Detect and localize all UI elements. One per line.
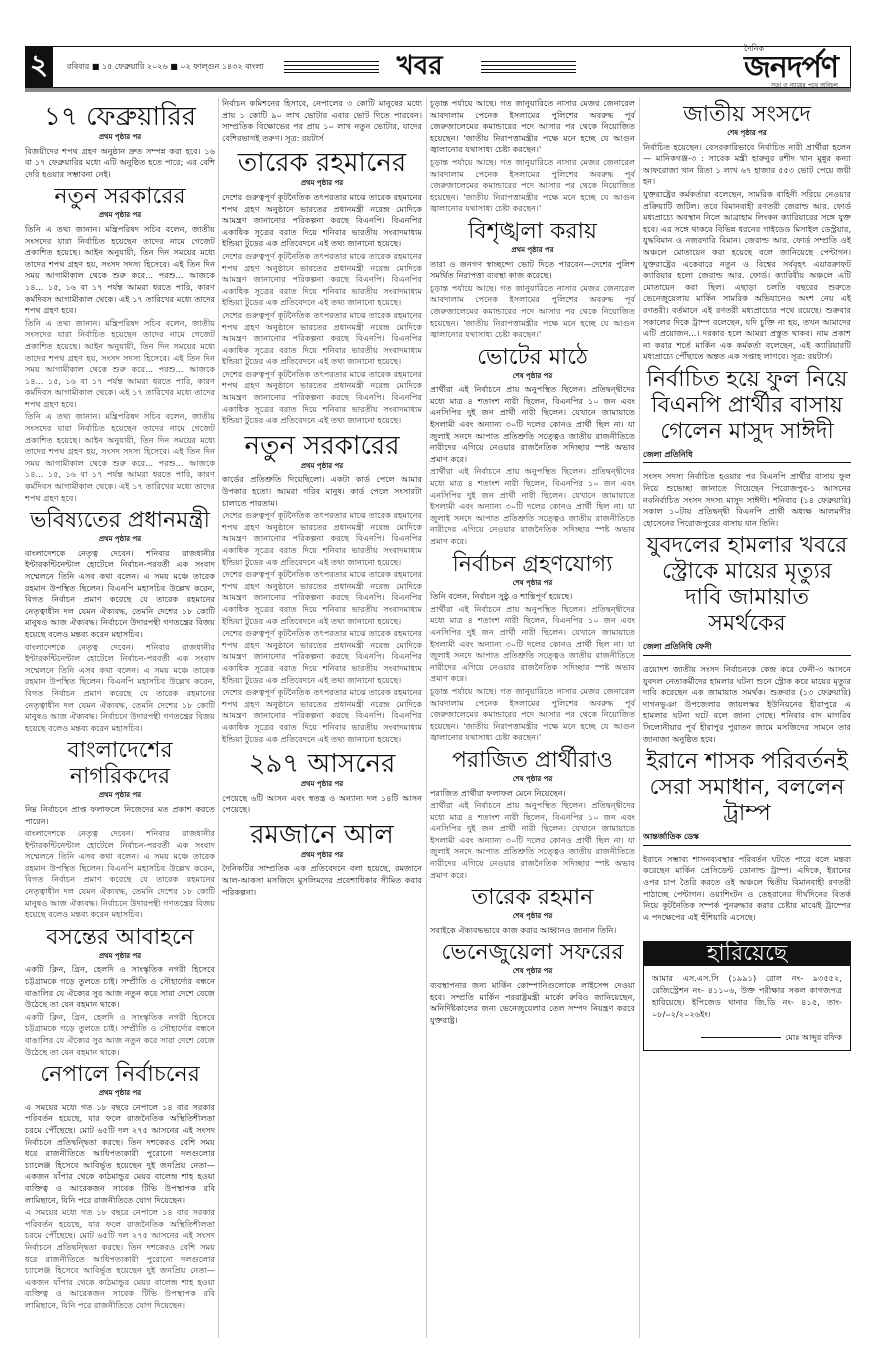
- article-text: পেয়েছে ৬টি আসন এবং স্বতন্ত্র ও অন্যান্য…: [222, 793, 422, 816]
- article-text: ত্রয়োদশ জাতীয় সংসদ নির্বাচনকে কেন্দ্র …: [643, 664, 851, 745]
- continued-label: প্রথম পৃষ্ঠার পর: [25, 951, 215, 963]
- newspaper-page: ২ রবিবার ■ ১৫ ফেব্রুয়ারি ২০২৬ ■ ০২ ফাল্…: [25, 46, 851, 1346]
- continued-label: প্রথম পৃষ্ঠার পর: [25, 790, 215, 802]
- article-text: ব্যবস্থাপনার জন্য মার্কিন কোম্পানিগুলোকে…: [430, 980, 635, 1026]
- article-text: এ সময়ের মধ্যে গত ১৮ বছরে নেপালে ১৪ বার …: [25, 1207, 215, 1311]
- article-text: প্রার্থীরা এই নির্বাচনে প্রায় অনুপস্থিত…: [430, 466, 635, 547]
- headline: তারেক রহমানের: [222, 148, 422, 178]
- article-text: একটি ক্লিন, গ্রিন, হেলদি ও সাংস্কৃতিক নগ…: [25, 964, 215, 1010]
- lost-notice-title: হারিয়েছে: [644, 942, 850, 966]
- article-text: চূড়ান্ত পর্যায়ে আছে। গত জানুয়ারিতে না…: [430, 686, 635, 744]
- headline: বিশৃঙ্খলা করায়: [430, 219, 635, 245]
- headline: যুবদলের হামলার খবরে স্ট্রোকে মায়ের মৃত্…: [643, 533, 851, 637]
- continued-label: প্রথম পৃষ্ঠার পর: [25, 1088, 215, 1100]
- headline: ২৯৭ আসনের: [222, 749, 422, 779]
- headline: নতুন সরকারের: [222, 431, 422, 461]
- continued-label: প্রথম পৃষ্ঠার পর: [222, 461, 422, 473]
- newspaper-logo: দৈনিক জনদর্পণ সত্য ও ন্যায়ের পথে অবিচল: [744, 45, 838, 89]
- article-text: নির্বাচিত হয়েছেন। বেসরকারিভাবে নির্বাচি…: [643, 142, 851, 188]
- continued-label: শেষ পৃষ্ঠার পর: [430, 578, 635, 590]
- headline: ১৭ ফেব্রুয়ারির: [25, 102, 215, 132]
- lost-notice-box: হারিয়েছে আমার এস.এস.সি (১৯৯১) রোল নং- ৯…: [643, 941, 851, 1050]
- column-divider: [639, 98, 640, 1338]
- article-text: তারা ও জনগণ স্বাচ্ছন্দ্যে ভোট দিতে পারবে…: [430, 259, 635, 282]
- continued-label: প্রথম পৃষ্ঠার পর: [25, 210, 215, 222]
- continued-label: প্রথম পৃষ্ঠার পর: [222, 850, 422, 862]
- continued-label: শেষ পৃষ্ঠার পর: [430, 371, 635, 383]
- continued-label: প্রথম পৃষ্ঠার পর: [222, 178, 422, 190]
- column-1: ১৭ ফেব্রুয়ারির প্রথম পৃষ্ঠার পর বিজয়ীদ…: [25, 98, 215, 1312]
- headline: নতুন সরকারের: [25, 184, 215, 210]
- headline: ভেনেজুয়েলা সফরের: [430, 940, 635, 966]
- decorative-rule-left: [284, 61, 379, 73]
- byline: জেলা প্রতিনিধি: [643, 449, 851, 464]
- article-text: সংসদ সদস্য নির্বাচিত হওয়ার পর বিএনপি প্…: [643, 471, 851, 529]
- headline: ইরানে শাসক পরিবর্তনই সেরা সমাধান, বললেন …: [643, 749, 851, 827]
- headline: তারেক রহমান: [430, 885, 635, 911]
- headline: বাংলাদেশের নাগরিকদের: [25, 738, 215, 790]
- headline: বসন্তের আবাহনে: [25, 925, 215, 951]
- headline: নির্বাচন গ্রহণযোগ্য: [430, 552, 635, 578]
- article-text: বাংলাদেশকে নেতৃত্ব দেবেন। শনিবার রাজধানী…: [25, 548, 215, 641]
- page-number: ২: [25, 46, 53, 88]
- column-4: জাতীয় সংসদে শেষ পৃষ্ঠার পর নির্বাচিত হয…: [643, 98, 851, 1051]
- continued-label: প্রথম পৃষ্ঠার পর: [222, 779, 422, 791]
- article-text: তিনি বলেন, নির্বাচন সুষ্ঠু ও শান্তিপূর্ণ…: [430, 591, 635, 603]
- article-text: পরাজিত প্রার্থীরা ফলাফল মেনে নিয়েছেন।: [430, 788, 635, 800]
- article-text: দেশের গুরুত্বপূর্ণ কূটনৈতিক তৎপরতার মাঝে…: [222, 510, 422, 568]
- article-text: সবাইকে ঐক্যবদ্ধভাবে কাজ করার আহ্বানও জান…: [430, 925, 635, 937]
- article-text: তিনি এ তথ্য জানান। মন্ত্রিপরিষদ সচিব বলে…: [25, 318, 215, 411]
- logo-name: জনদর্পণ: [744, 53, 838, 83]
- decorative-rule-right: [481, 61, 576, 73]
- section-title: খবর: [397, 45, 443, 89]
- lost-notice-text: আমার এস.এস.সি (১৯৯১) রোল নং- ৯৩৫৫২, রেজি…: [644, 966, 850, 1026]
- headline: নির্বাচিত হয়ে ফুল নিয়ে বিএনপি প্রার্থী…: [643, 367, 851, 445]
- continued-label: প্রথম পৃষ্ঠার পর: [25, 132, 215, 144]
- article-text: প্রার্থীরা এই নির্বাচনে প্রায় অনুপস্থিত…: [430, 800, 635, 881]
- continued-label: শেষ পৃষ্ঠার পর: [430, 774, 635, 786]
- article-text: দেশের গুরুত্বপূর্ণ কূটনৈতিক তৎপরতার মাঝে…: [222, 192, 422, 250]
- headline: ভোটের মাঠে: [430, 345, 635, 371]
- article-text: চূড়ান্ত পর্যায়ে আছে। গত জানুয়ারিতে না…: [430, 283, 635, 341]
- continued-label: প্রথম পৃষ্ঠার পর: [430, 245, 635, 257]
- headline: নেপালে নির্বাচনের: [25, 1062, 215, 1088]
- column-2: নির্বাচন কমিশনের হিসাবে, নেপালের ৩ কোটি …: [222, 98, 422, 899]
- article-text: চূড়ান্ত পর্যায়ে আছে। গত জানুয়ারিতে না…: [430, 157, 635, 215]
- article-text: দেশের গুরুত্বপূর্ণ কূটনৈতিক তৎপরতার মাঝে…: [222, 310, 422, 368]
- article-text: তিনি এ তথ্য জানান। মন্ত্রিপরিষদ সচিব বলে…: [25, 411, 215, 504]
- article-text: নিম্ন নির্বাচনে প্রাপ্ত ফলাফলে নিজেদের ম…: [25, 804, 215, 827]
- article-text: বিজয়ীদের শপথ গ্রহণ অনুষ্ঠান দ্রুত সম্পন…: [25, 146, 215, 181]
- article-text: চূড়ান্ত পর্যায়ে আছে। গত জানুয়ারিতে না…: [430, 98, 635, 156]
- byline: জেলা প্রতিনিধি ফেনী: [643, 641, 851, 656]
- column-divider: [426, 98, 427, 1338]
- article-text: ইরানে সম্ভাব্য শাসনব্যবস্থার পরিবর্তন ঘট…: [643, 854, 851, 924]
- column-divider: [218, 98, 219, 1338]
- article-text: প্রার্থীরা এই নির্বাচনে প্রায় অনুপস্থিত…: [430, 604, 635, 685]
- continued-label: শেষ পৃষ্ঠার পর: [430, 911, 635, 923]
- article-text: বাংলাদেশকে নেতৃত্ব দেবেন। শনিবার রাজধানী…: [25, 642, 215, 735]
- continued-label: প্রথম পৃষ্ঠার পর: [25, 534, 215, 546]
- article-text: দেশের গুরুত্বপূর্ণ কূটনৈতিক তৎপরতার মাঝে…: [222, 569, 422, 627]
- continued-label: শেষ পৃষ্ঠার পর: [643, 128, 851, 140]
- headline: ভবিষ্যতের প্রধানমন্ত্রী: [25, 508, 215, 534]
- column-3: চূড়ান্ত পর্যায়ে আছে। গত জানুয়ারিতে না…: [430, 98, 635, 1027]
- article-text: যুক্তরাষ্ট্রের কর্মকর্তারা বলেছেন, সামরি…: [643, 189, 851, 363]
- continued-label: শেষ পৃষ্ঠার পর: [430, 966, 635, 978]
- article-text: দেশের গুরুত্বপূর্ণ কূটনৈতিক তৎপরতার মাঝে…: [222, 251, 422, 309]
- lost-notice-signature: মোঃ আব্দুর রফিক: [644, 1026, 850, 1050]
- dateline: রবিবার ■ ১৫ ফেব্রুয়ারি ২০২৬ ■ ০২ ফাল্গু…: [67, 61, 264, 74]
- article-text: একটি ক্লিন, গ্রিন, হেলদি ও সাংস্কৃতিক নগ…: [25, 1012, 215, 1058]
- article-text: কার্ডের প্রতিশ্রুতি দিয়েছিলো। একটা কার্…: [222, 474, 422, 509]
- article-text: এ সময়ের মধ্যে গত ১৮ বছরে নেপালে ১৪ বার …: [25, 1102, 215, 1206]
- article-text: প্রার্থীরা এই নির্বাচনে প্রায় অনুপস্থিত…: [430, 384, 635, 465]
- article-text: বাংলাদেশকে নেতৃত্ব দেবেন। শনিবার রাজধানী…: [25, 828, 215, 921]
- article-text: দেশের গুরুত্বপূর্ণ কূটনৈতিক তৎপরতার মাঝে…: [222, 628, 422, 686]
- headline: রমজানে আল: [222, 820, 422, 850]
- article-text: দৈনিকটির সাম্প্রতিক এক প্রতিবেদনে বলা হয…: [222, 863, 422, 898]
- masthead: ২ রবিবার ■ ১৫ ফেব্রুয়ারি ২০২৬ ■ ০২ ফাল্…: [25, 46, 851, 88]
- article-text: দেশের গুরুত্বপূর্ণ কূটনৈতিক তৎপরতার মাঝে…: [222, 687, 422, 745]
- article-text: দেশের গুরুত্বপূর্ণ কূটনৈতিক তৎপরতার মাঝে…: [222, 369, 422, 427]
- byline: আন্তর্জাতিক ডেস্ক: [643, 831, 851, 846]
- article-text: তিনি এ তথ্য জানান। মন্ত্রিপরিষদ সচিব বলে…: [25, 224, 215, 317]
- masthead-shadow: [25, 88, 851, 92]
- headline: জাতীয় সংসদে: [643, 102, 851, 128]
- article-text: নির্বাচন কমিশনের হিসাবে, নেপালের ৩ কোটি …: [222, 98, 422, 144]
- headline: পরাজিত প্রার্থীরাও: [430, 748, 635, 774]
